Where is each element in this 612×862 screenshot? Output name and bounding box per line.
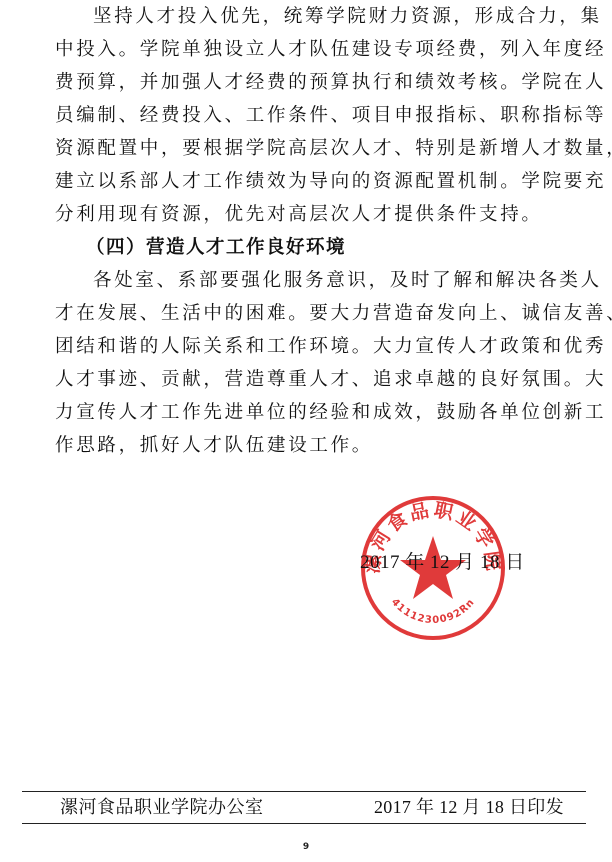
text-line: 分利用现有资源，优先对高层次人才提供条件支持。 — [55, 203, 557, 227]
section-heading: （四）营造人才工作良好环境 — [86, 236, 346, 260]
svg-text:4111230092Rn: 4111230092Rn — [389, 597, 477, 626]
footer-issue-date: 2017 年 12 月 18 日印发 — [374, 795, 564, 819]
document-page: 坚持人才投入优先，统筹学院财力资源，形成合力，集 中投入。学院单独设立人才队伍建… — [0, 0, 612, 862]
text-line: 才在发展、生活中的困难。要大力营造奋发向上、诚信友善、 — [55, 302, 557, 326]
text-line: 建立以系部人才工作绩效为导向的资源配置机制。学院要充 — [55, 170, 557, 194]
text-line: 团结和谐的人际关系和工作环境。大力宣传人才政策和优秀 — [55, 335, 557, 359]
footer-top-rule — [22, 791, 586, 792]
text-line: 各处室、系部要强化服务意识，及时了解和解决各类人 — [93, 269, 557, 293]
text-line: 费预算，并加强人才经费的预算执行和绩效考核。学院在人 — [55, 71, 557, 95]
text-line: 力宣传人才工作先进单位的经验和成效，鼓励各单位创新工 — [55, 401, 557, 425]
text-line: 员编制、经费投入、工作条件、项目申报指标、职称指标等 — [55, 104, 557, 128]
footer-bottom-rule — [22, 823, 586, 824]
text-line: 人才事迹、贡献，营造尊重人才、追求卓越的良好氛围。大 — [55, 368, 557, 392]
seal-code-text: 4111230092Rn — [389, 597, 477, 626]
text-line: 坚持人才投入优先，统筹学院财力资源，形成合力，集 — [93, 5, 557, 29]
signature-date: 2017 年 12 月 18 日 — [360, 551, 525, 575]
text-line: 资源配置中，要根据学院高层次人才、特别是新增人才数量， — [55, 137, 557, 161]
text-line: 中投入。学院单独设立人才队伍建设专项经费，列入年度经 — [55, 38, 557, 62]
page-number: 9 — [0, 842, 612, 852]
footer-issuer: 漯河食品职业学院办公室 — [60, 795, 264, 819]
text-line: 作思路，抓好人才队伍建设工作。 — [55, 434, 557, 458]
